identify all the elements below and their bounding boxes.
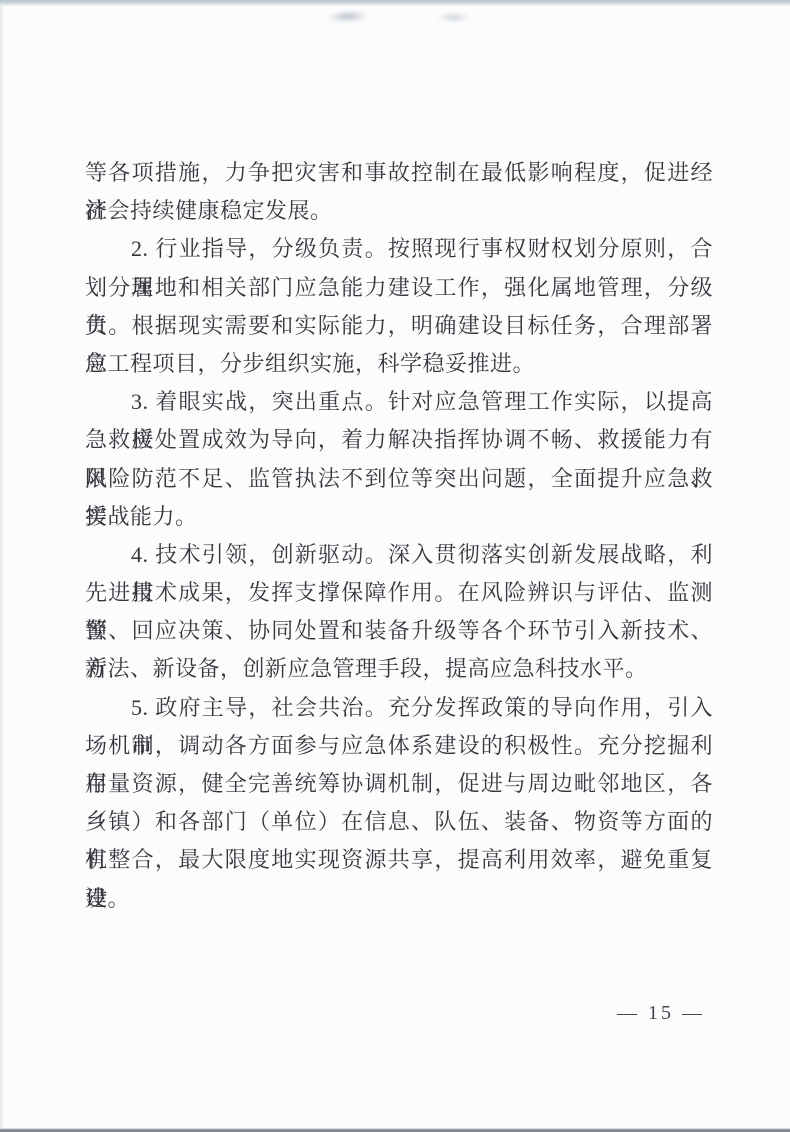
text-line: 社会持续健康稳定发展。 xyxy=(85,192,713,230)
text-line: 3. 着眼实战，突出重点。针对应急管理工作实际，以提高应 xyxy=(85,383,713,421)
scan-edge-top xyxy=(0,0,790,6)
text-line: 设。 xyxy=(85,880,713,918)
text-line: 先进技术成果，发挥支撑保障作用。在风险辨识与评估、监测预 xyxy=(85,574,713,612)
text-line: 实战能力。 xyxy=(85,498,713,536)
scan-artifact xyxy=(436,13,472,22)
text-line: 等各项措施，力争把灾害和事故控制在最低影响程度，促进经济 xyxy=(85,154,713,192)
text-line: 2. 行业指导，分级负责。按照现行事权财权划分原则，合理 xyxy=(85,230,713,268)
text-line: 5. 政府主导，社会共治。充分发挥政策的导向作用，引入市 xyxy=(85,689,713,727)
text-line: 存量资源，健全完善统筹协调机制，促进与周边毗邻地区，各乡 xyxy=(85,765,713,803)
text-line: 场机制，调动各方面参与应急体系建设的积极性。充分挖掘利用 xyxy=(85,727,713,765)
page-number: — 15 — xyxy=(616,1002,706,1025)
text-line: 4. 技术引领，创新驱动。深入贯彻落实创新发展战略，利用 xyxy=(85,536,713,574)
text-line: 急工程项目，分步组织实施，科学稳妥推进。 xyxy=(85,345,713,383)
text-line: 划分属地和相关部门应急能力建设工作，强化属地管理，分级负 xyxy=(85,269,713,307)
text-line: （镇）和各部门（单位）在信息、队伍、装备、物资等方面的有 xyxy=(85,803,713,841)
text-line: 风险防范不足、监管执法不到位等突出问题，全面提升应急救援 xyxy=(85,460,713,498)
text-line: 警、回应决策、协同处置和装备升级等各个环节引入新技术、新 xyxy=(85,612,713,650)
scan-artifact xyxy=(326,10,371,23)
text-line: 方法、新设备，创新应急管理手段，提高应急科技水平。 xyxy=(85,650,713,688)
text-line: 急救援处置成效为导向，着力解决指挥协调不畅、救援能力有限、 xyxy=(85,421,713,459)
body-text: 等各项措施，力争把灾害和事故控制在最低影响程度，促进经济 社会持续健康稳定发展。… xyxy=(85,154,713,918)
text-line: 机整合，最大限度地实现资源共享，提高利用效率，避免重复建 xyxy=(85,841,713,879)
scan-edge-bottom xyxy=(0,1128,790,1132)
document-page: 等各项措施，力争把灾害和事故控制在最低影响程度，促进经济 社会持续健康稳定发展。… xyxy=(0,0,790,1132)
text-line: 责。根据现实需要和实际能力，明确建设目标任务，合理部署应 xyxy=(85,307,713,345)
scan-edge-left xyxy=(0,6,4,1128)
